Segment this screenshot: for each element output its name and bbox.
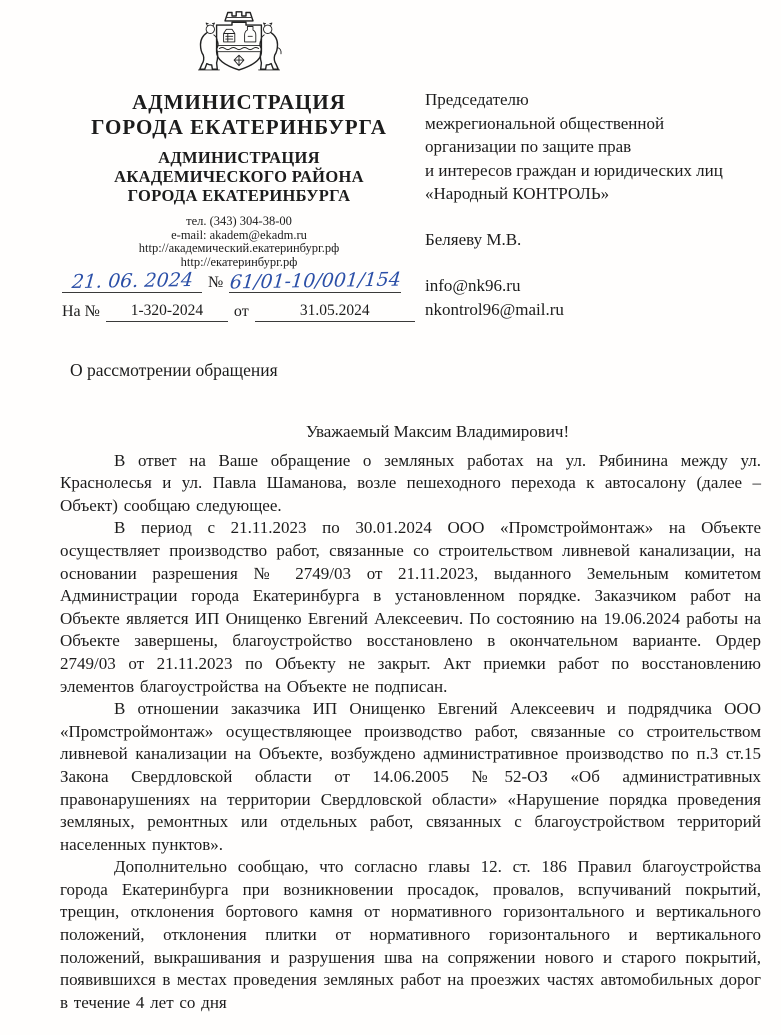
bear-supporter xyxy=(200,23,218,69)
org-name-line: ГОРОДА ЕКАТЕРИНБУРГА xyxy=(58,115,420,140)
org-contacts: тел. (343) 304-38-00 e-mail: akadem@ekad… xyxy=(58,215,420,269)
website-district: http://академический.екатеринбург.рф xyxy=(58,242,420,256)
letter-body: Уважаемый Максим Владимирович! В ответ н… xyxy=(60,421,761,1014)
addressee-line: межрегиональной общественной xyxy=(425,112,760,136)
incoming-number: 1-320-2024 xyxy=(106,302,228,322)
outgoing-date-handwritten: 21. 06. 2024 xyxy=(70,269,193,293)
body-paragraph: Дополнительно сообщаю, что согласно глав… xyxy=(60,856,761,1014)
outgoing-row: 21. 06. 2024 № 61/01-10/001/154 xyxy=(62,270,422,293)
reply-to-label: На № xyxy=(62,303,106,322)
addressee-emails: info@nk96.ru nkontrol96@mail.ru xyxy=(425,274,760,321)
addressee-line: «Народный КОНТРОЛЬ» xyxy=(425,182,760,206)
sable-supporter xyxy=(260,23,281,69)
org-name-district: АДМИНИСТРАЦИЯ АКАДЕМИЧЕСКОГО РАЙОНА ГОРО… xyxy=(58,148,420,205)
body-paragraph: В ответ на Ваше обращение о земляных раб… xyxy=(60,450,761,518)
yekaterinburg-coat-of-arms-icon xyxy=(183,4,295,84)
reference-block: 21. 06. 2024 № 61/01-10/001/154 На № 1-3… xyxy=(62,270,422,322)
outgoing-number-line: 61/01-10/001/154 xyxy=(229,270,401,293)
addressee-line: организации по защите прав xyxy=(425,135,760,159)
website-city: http://екатеринбург.рф xyxy=(58,256,420,270)
incoming-date: 31.05.2024 xyxy=(255,302,415,322)
letter-subject: О рассмотрении обращения xyxy=(70,360,278,381)
from-label: от xyxy=(228,303,255,322)
body-paragraph: В отношении заказчика ИП Онищенко Евгени… xyxy=(60,698,761,856)
addressee-name: Беляеву М.В. xyxy=(425,228,760,252)
org-sub-line: АДМИНИСТРАЦИЯ xyxy=(58,148,420,167)
addressee-line: Председателю xyxy=(425,88,760,112)
outgoing-number-handwritten: 61/01-10/001/154 xyxy=(229,269,402,294)
letter-page: АДМИНИСТРАЦИЯ ГОРОДА ЕКАТЕРИНБУРГА АДМИН… xyxy=(0,0,781,1035)
org-name-line: АДМИНИСТРАЦИЯ xyxy=(58,90,420,115)
outgoing-date-line: 21. 06. 2024 xyxy=(62,270,202,293)
org-name-main: АДМИНИСТРАЦИЯ ГОРОДА ЕКАТЕРИНБУРГА xyxy=(58,90,420,140)
addressee-block: Председателю межрегиональной общественно… xyxy=(425,88,760,321)
incoming-row: На № 1-320-2024 от 31.05.2024 xyxy=(62,302,422,322)
addressee-line: и интересов граждан и юридических лиц xyxy=(425,159,760,183)
org-sub-line: АКАДЕМИЧЕСКОГО РАЙОНА xyxy=(58,167,420,186)
number-sign-label: № xyxy=(202,274,229,293)
email: e-mail: akadem@ekadm.ru xyxy=(58,229,420,243)
body-paragraph: В период с 21.11.2023 по 30.01.2024 ООО … xyxy=(60,517,761,698)
addressee-email: info@nk96.ru xyxy=(425,274,760,298)
salutation: Уважаемый Максим Владимирович! xyxy=(60,421,761,444)
org-header: АДМИНИСТРАЦИЯ ГОРОДА ЕКАТЕРИНБУРГА АДМИН… xyxy=(58,4,420,269)
org-sub-line: ГОРОДА ЕКАТЕРИНБУРГА xyxy=(58,186,420,205)
addressee-email: nkontrol96@mail.ru xyxy=(425,298,760,322)
phone: тел. (343) 304-38-00 xyxy=(58,215,420,229)
